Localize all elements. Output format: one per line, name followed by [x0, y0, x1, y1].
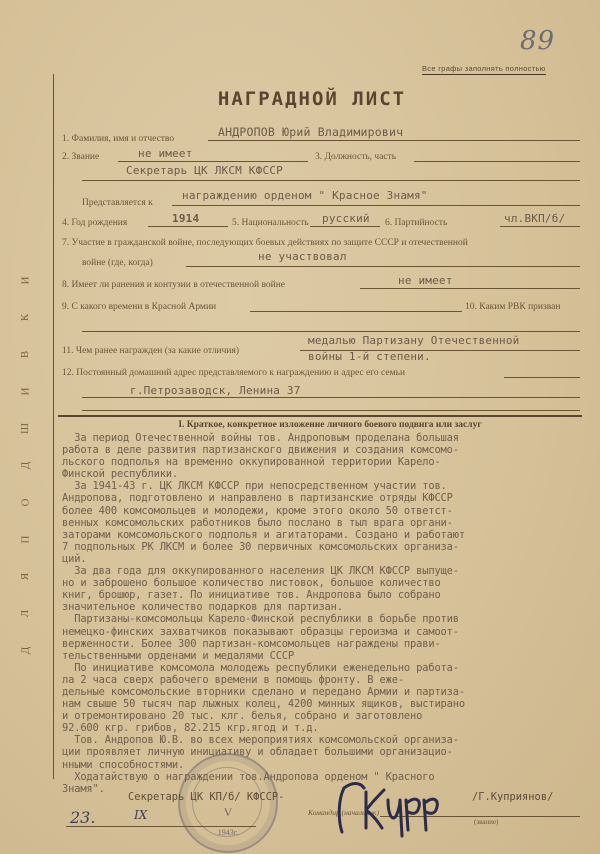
narrative-line: немецко-финских захватчиков показывают о…	[62, 626, 592, 638]
narrative-line: ции проявляет личную инициативу и облада…	[62, 746, 592, 758]
narrative-line: Партизаны-комсомольцы Карело-Финской рес…	[62, 613, 592, 625]
narrative-line: Финской республики.	[62, 468, 592, 480]
margin-letter: И	[18, 388, 55, 396]
document-title: НАГРАДНОЙ ЛИСТ	[0, 88, 600, 110]
narrative-line: и отремонтировано 20 тыс. клг. белья, со…	[62, 710, 592, 722]
document-sheet: ИКВИШДОПЯЛД 89 Все графы заполнять полно…	[0, 0, 600, 854]
narrative-line: дельные комсомольские вторники сделано и…	[62, 686, 592, 698]
date-month: IX	[134, 808, 147, 822]
page-number: 89	[520, 26, 555, 56]
field-3-line	[414, 161, 580, 162]
field-7-label-2: войне (где, когда)	[82, 258, 153, 268]
margin-letter: Л	[19, 610, 56, 617]
field-1-value: АНДРОПОВ Юрий Владимирович	[218, 125, 403, 139]
fill-instruction: Все графы заполнять полностью	[422, 64, 546, 75]
field-7-label: 7. Участие в гражданской войне, последую…	[62, 238, 468, 248]
stamp-mark: V	[180, 805, 276, 820]
field-2-value: не имеет	[138, 147, 193, 160]
narrative-line: венных комсомольских работников было пос…	[62, 517, 592, 529]
section-heading: I. Краткое, конкретное изложение личного…	[80, 420, 580, 430]
narrative-line: 7 подпольных РК ЛКСМ и более 30 первичны…	[62, 541, 592, 553]
field-2-label: 2. Звание	[62, 152, 99, 162]
field-11-value-2: войны 1-й степени.	[308, 350, 431, 363]
nomination-value: награждению орденом " Красное Знамя"	[182, 189, 428, 202]
stamp-year: 1943г.	[180, 828, 276, 837]
narrative-line: За два года для оккупированного населени…	[62, 565, 592, 577]
field-7-value: не участвовал	[258, 250, 347, 263]
field-6-label: 6. Партийность	[385, 218, 447, 228]
margin-letter: Я	[19, 573, 56, 580]
narrative-line: работа в деле развития партизанского дви…	[62, 444, 592, 456]
narrative-line: верженности. Более 300 партизан-комсомол…	[62, 638, 592, 650]
narrative-line: Андропова, подготовлено и направлено в п…	[62, 492, 592, 504]
margin-letter: Ш	[18, 423, 55, 434]
field-8-line	[360, 288, 580, 289]
narrative-line: льского подполья на временно оккупирован…	[62, 456, 592, 468]
field-5-value: русский	[322, 212, 370, 225]
narrative-line: За период Отечественной войны тов. Андро…	[62, 432, 592, 444]
field-11-value-1: медалью Партизану Отечественной	[308, 334, 520, 347]
narrative-line: 92.600 кгр. грибов, 82.215 кгр.ягод и т.…	[62, 722, 592, 734]
narrative-line: ций.	[62, 553, 592, 565]
field-6-value: чл.ВКП/б/	[504, 212, 565, 225]
narrative-line: заторами комсомольского подполья и агита…	[62, 529, 592, 541]
field-6-line	[500, 226, 580, 227]
field-8-value: не имеет	[398, 274, 453, 287]
margin-letter: Д	[18, 647, 55, 655]
merit-narrative: За период Отечественной войны тов. Андро…	[62, 432, 592, 795]
narrative-line: ла 2 часа сверх рабочего времени в помощ…	[62, 674, 592, 686]
field-3-value: Секретарь ЦК ЛКСМ КФССР	[126, 164, 283, 177]
field-9-label: 9. С какого времени в Красной Армии	[62, 302, 216, 312]
narrative-line: Тов. Андропов Ю.В. во всех мероприятиях …	[62, 734, 592, 746]
field-10-line	[82, 331, 580, 332]
narrative-line: но и заброшено большое количество листов…	[62, 577, 592, 589]
field-4-value: 1914	[172, 212, 199, 225]
field-4-line	[148, 226, 228, 227]
narrative-line: По инициативе комсомола молодежь республ…	[62, 662, 592, 674]
section-divider	[58, 415, 582, 417]
nomination-label: Представляется к	[82, 198, 153, 208]
signatory-position: Секретарь ЦК КП/б/ КФССР-	[128, 791, 284, 803]
field-12-label: 12. Постоянный домашний адрес представля…	[62, 368, 405, 378]
field-12-line-2	[82, 397, 580, 398]
binding-margin-label: ИКВИШДОПЯЛД	[30, 262, 44, 669]
narrative-line: книг, брошюр, газет. По инициативе тов. …	[62, 589, 592, 601]
narrative-line: За 1941-43 г. ЦК ЛКСМ КФССР при непосред…	[62, 480, 592, 492]
field-2-line	[118, 161, 308, 162]
handwritten-signature	[330, 770, 450, 840]
field-3-line-2	[82, 180, 580, 181]
field-5-line	[310, 226, 380, 227]
field-4-label: 4. Год рождения	[62, 218, 127, 228]
field-11-label: 11. Чем ранее награжден (за какие отличи…	[62, 346, 239, 356]
field-1-label: 1. Фамилия, имя и отчество	[62, 134, 174, 144]
narrative-line: значительное количество подарков для пар…	[62, 601, 592, 613]
narrative-line: нными способностями.	[62, 759, 592, 771]
margin-letter: Д	[18, 462, 55, 470]
official-stamp: V 1943г.	[178, 753, 278, 853]
field-9-line	[250, 311, 462, 312]
margin-letter: О	[18, 499, 55, 507]
margin-letter: П	[18, 536, 55, 544]
narrative-line: более 400 комсомольцев и молодежи, кроме…	[62, 505, 592, 517]
nomination-line	[172, 205, 580, 206]
narrative-line: тельственными орденами и медалями СССР	[62, 650, 592, 662]
date-line	[66, 826, 256, 827]
field-1-line	[208, 140, 580, 141]
margin-letter: В	[19, 351, 56, 358]
field-12-value: г.Петрозаводск, Ленина 37	[130, 384, 301, 397]
field-3-label: 3. Должность, часть	[315, 152, 396, 162]
narrative-line: нам свыше 50 тысяч пар лыжных колец, 420…	[62, 698, 592, 710]
field-7-line	[186, 266, 580, 267]
field-5-label: 5. Национальность	[232, 218, 309, 228]
date-day: 23.	[70, 808, 95, 827]
field-12-line	[504, 377, 580, 378]
rank-label: (звание)	[474, 818, 498, 826]
signatory-name: /Г.Куприянов/	[472, 791, 553, 803]
field-10-label: 10. Каким РВК призван	[465, 302, 560, 312]
margin-letter: К	[19, 314, 56, 321]
field-12-line-3	[82, 410, 580, 411]
narrative-line: Ходатайствую о награждении тов.Андропова…	[62, 771, 592, 783]
margin-letter: И	[18, 277, 55, 285]
field-8-label: 8. Имеет ли ранения и контузии в отечест…	[62, 280, 285, 290]
